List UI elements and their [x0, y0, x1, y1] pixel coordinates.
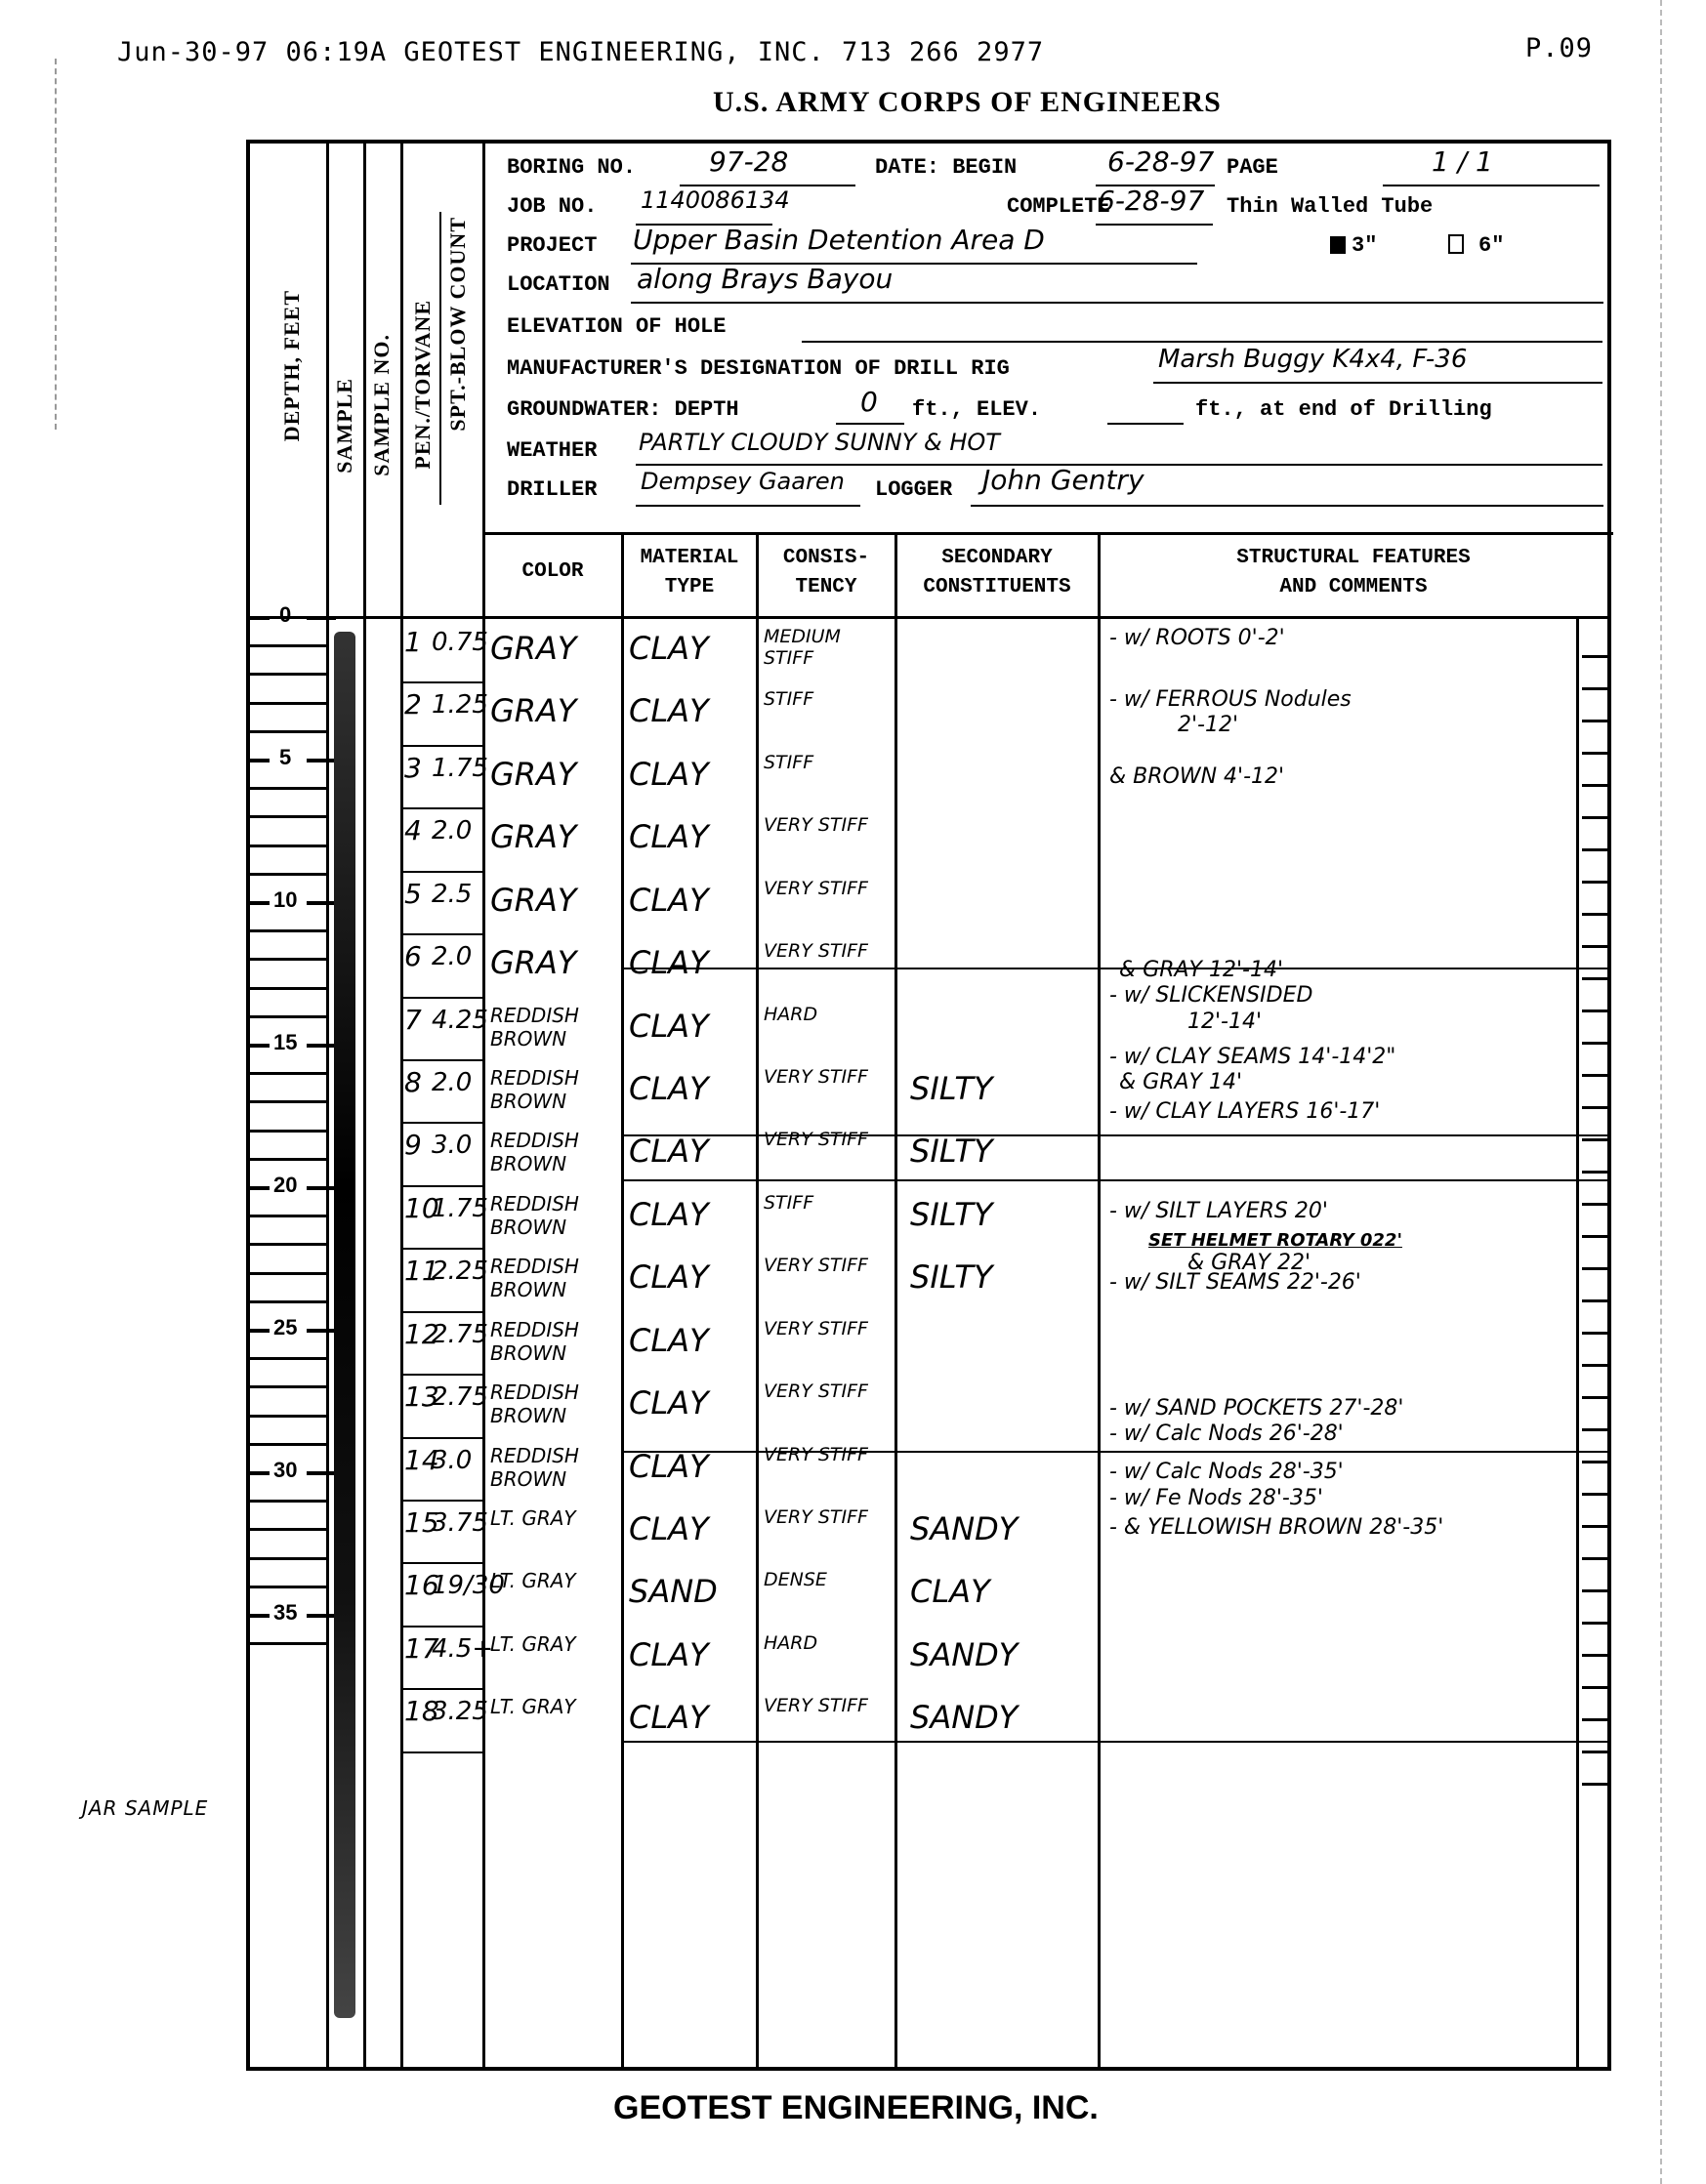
material-type-value: CLAY [629, 818, 709, 855]
sample-row: 21.25GRAYCLAYSTIFF [250, 682, 1607, 746]
color-value: GRAY [490, 944, 576, 981]
label-elevation: ELEVATION OF HOLE [507, 314, 726, 339]
consistency-value: STIFF [764, 1192, 881, 1214]
color-value: LT. GRAY [490, 1632, 607, 1656]
material-type-value: CLAY [629, 1448, 709, 1485]
structural-comment: - w/ Calc Nods 26'-28' [1109, 1422, 1344, 1447]
sample-number: 2 [404, 688, 422, 721]
value-driller[interactable]: Dempsey Gaaren [641, 468, 845, 495]
consistency-value: VERY STIFF [764, 878, 881, 899]
underline [1383, 185, 1600, 186]
label-date-begin: DATE: BEGIN [875, 155, 1017, 180]
material-type-value: CLAY [629, 630, 709, 667]
right-tick [1582, 752, 1607, 755]
right-tick [1582, 784, 1607, 787]
secondary-constituent-value: SILTY [910, 1196, 993, 1233]
right-tick [1582, 1235, 1607, 1238]
consistency-value: MEDIUM STIFF [764, 626, 881, 669]
pen-torvane-value: 3.25 [432, 1697, 488, 1726]
underline [971, 505, 1603, 507]
sample-number: 6 [404, 940, 422, 972]
column-header-divider [250, 616, 1611, 619]
fax-timestamp: Jun-30-97 06:19A [117, 37, 387, 67]
structural-comment: - w/ CLAY SEAMS 14'-14'2" [1109, 1045, 1395, 1070]
label-project: PROJECT [507, 233, 597, 258]
sample-row: 143.0REDDISH BROWNCLAYVERY STIFF [250, 1438, 1607, 1502]
secondary-constituent-value: CLAY [910, 1573, 990, 1610]
groundwater-elev-field[interactable] [1107, 423, 1184, 425]
structural-comment: - w/ ROOTS 0'-2' [1109, 626, 1285, 651]
value-complete[interactable]: 6-28-97 [1098, 185, 1204, 217]
right-tick [1582, 913, 1607, 916]
right-tick [1582, 1203, 1607, 1206]
sample-row: 93.0REDDISH BROWNCLAYVERY STIFFSILTY [250, 1123, 1607, 1186]
pen-torvane-value: 0.75 [432, 628, 488, 657]
pen-torvane-value: 1.75 [432, 1194, 488, 1223]
underline [631, 302, 1603, 304]
section-divider [621, 1134, 1607, 1136]
consistency-value: VERY STIFF [764, 1506, 881, 1528]
colhdr-secondary: SECONDARY CONSTITUENTS [896, 544, 1098, 602]
structural-comment: & BROWN 4'-12' [1109, 764, 1284, 790]
sample-row: 132.75REDDISH BROWNCLAYVERY STIFF [250, 1375, 1607, 1438]
label-job-no: JOB NO. [507, 194, 597, 219]
structural-comment: - w/ FERROUS Nodules [1109, 687, 1352, 713]
pen-torvane-value: 3.0 [432, 1131, 472, 1160]
fax-phone: 713 266 2977 [842, 37, 1044, 67]
colhdr-material: MATERIAL TYPE [623, 544, 756, 602]
consistency-value: VERY STIFF [764, 1380, 881, 1402]
color-value: REDDISH BROWN [490, 1380, 607, 1427]
sample-number: 8 [404, 1066, 422, 1098]
sample-number: 4 [404, 814, 422, 846]
right-tick [1582, 655, 1607, 658]
consistency-value: VERY STIFF [764, 1066, 881, 1088]
right-tick [1582, 1171, 1607, 1174]
value-logger[interactable]: John Gentry [982, 464, 1144, 496]
secondary-constituent-value: SILTY [910, 1258, 993, 1296]
label-boring-no: BORING NO. [507, 155, 636, 180]
label-groundwater-end: ft., at end of Drilling [1195, 397, 1492, 422]
material-type-value: CLAY [629, 1133, 709, 1170]
value-project[interactable]: Upper Basin Detention Area D [633, 224, 1045, 256]
consistency-value: DENSE [764, 1569, 881, 1590]
secondary-constituent-value: SILTY [910, 1070, 993, 1107]
right-tick [1582, 881, 1607, 884]
material-type-value: CLAY [629, 1636, 709, 1673]
material-type-value: CLAY [629, 1008, 709, 1045]
structural-comment: & GRAY 14' [1119, 1070, 1242, 1095]
value-job-no[interactable]: 1140086134 [641, 186, 790, 214]
structural-comment: 12'-14' [1187, 1010, 1262, 1035]
right-tick [1582, 1493, 1607, 1496]
value-date-begin[interactable]: 6-28-97 [1107, 145, 1214, 178]
value-location[interactable]: along Brays Bayou [637, 263, 893, 295]
consistency-value: VERY STIFF [764, 1695, 881, 1716]
colhdr-structural: STRUCTURAL FEATURES AND COMMENTS [1100, 544, 1607, 602]
colhdr-color: COLOR [484, 557, 621, 587]
value-groundwater-depth[interactable]: 0 [860, 386, 878, 418]
right-tick [1582, 977, 1607, 980]
header-divider [482, 532, 1613, 535]
sample-row: 122.75REDDISH BROWNCLAYVERY STIFF [250, 1312, 1607, 1376]
material-type-value: CLAY [629, 944, 709, 981]
sample-row: 31.75GRAYCLAYSTIFF [250, 746, 1607, 809]
consistency-value: STIFF [764, 688, 881, 710]
label-location: LOCATION [507, 272, 610, 297]
color-value: REDDISH BROWN [490, 1318, 607, 1365]
label-weather: WEATHER [507, 438, 597, 463]
right-tick [1582, 1396, 1607, 1399]
consistency-value: VERY STIFF [764, 1318, 881, 1339]
checkbox-6in[interactable] [1448, 234, 1464, 254]
structural-comment: - & YELLOWISH BROWN 28'-35' [1109, 1515, 1443, 1541]
color-value: LT. GRAY [490, 1569, 607, 1592]
structural-comment: - w/ CLAY LAYERS 16'-17' [1109, 1099, 1380, 1125]
value-boring-no[interactable]: 97-28 [709, 145, 788, 178]
agency-title: U.S. ARMY CORPS OF ENGINEERS [713, 86, 1222, 119]
color-value: REDDISH BROWN [490, 1129, 607, 1175]
footer-company: GEOTEST ENGINEERING, INC. [613, 2089, 1099, 2127]
secondary-constituent-value: SANDY [910, 1699, 1018, 1736]
right-tick [1582, 1138, 1607, 1141]
right-tick [1582, 1267, 1607, 1270]
right-tick [1582, 1525, 1607, 1528]
elevation-field[interactable] [802, 341, 1602, 343]
fax-sender: GEOTEST ENGINEERING, INC. [403, 37, 824, 67]
right-tick [1582, 1783, 1607, 1786]
pen-torvane-value: 4.5+ [432, 1634, 493, 1664]
header-depth-feet: DEPTH, FEET [279, 290, 305, 441]
secondary-constituent-value: SILTY [910, 1133, 993, 1170]
right-tick [1582, 1299, 1607, 1302]
material-type-value: CLAY [629, 1384, 709, 1422]
consistency-value: HARD [764, 1632, 881, 1654]
structural-comment: - w/ SILT LAYERS 20' [1109, 1199, 1328, 1224]
sample-row: 174.5+LT. GRAYCLAYHARDSANDY [250, 1627, 1607, 1690]
sample-row: 82.0REDDISH BROWNCLAYVERY STIFFSILTY [250, 1060, 1607, 1124]
label-logger: LOGGER [875, 477, 952, 502]
underline [1096, 224, 1213, 226]
pen-torvane-value: 2.0 [432, 942, 472, 971]
right-tick [1582, 1010, 1607, 1012]
right-tick [1582, 945, 1607, 948]
pen-torvane-value: 1.75 [432, 754, 488, 783]
sample-row: 52.5GRAYCLAYVERY STIFF [250, 872, 1607, 935]
pen-torvane-value: 3.0 [432, 1446, 472, 1475]
header-sample-no: SAMPLE NO. [369, 334, 395, 476]
color-value: REDDISH BROWN [490, 1066, 607, 1113]
label-groundwater: GROUNDWATER: DEPTH [507, 397, 739, 422]
header-pen-torvane: PEN./TORVANE [410, 300, 436, 470]
label-complete: COMPLETE [1007, 194, 1110, 219]
value-drill-rig[interactable]: Marsh Buggy K4x4, F-36 [1158, 345, 1467, 374]
colhdr-consistency: CONSIS- TENCY [758, 544, 895, 602]
section-divider [621, 1741, 1607, 1743]
scan-edge-left [55, 59, 59, 430]
right-tick [1582, 848, 1607, 851]
header-pen-divider [439, 212, 441, 505]
label-driller: DRILLER [507, 477, 597, 502]
label-groundwater-elev: ft., ELEV. [912, 397, 1041, 422]
underline [836, 423, 904, 425]
sample-row: 10.75GRAYCLAYMEDIUM STIFF [250, 620, 1607, 683]
pen-torvane-value: 2.75 [432, 1382, 488, 1412]
right-tick [1582, 1751, 1607, 1753]
consistency-value: VERY STIFF [764, 1255, 881, 1276]
section-divider [621, 968, 1607, 969]
pen-torvane-value: 4.25 [432, 1006, 488, 1035]
consistency-value: VERY STIFF [764, 1129, 881, 1150]
color-value: LT. GRAY [490, 1506, 607, 1530]
row-divider [400, 1751, 484, 1753]
boring-log-form: DEPTH, FEET SAMPLE SAMPLE NO. PEN./TORVA… [246, 140, 1611, 2071]
pen-torvane-value: 2.0 [432, 1068, 472, 1097]
color-value: LT. GRAY [490, 1695, 607, 1718]
section-divider [621, 1451, 1607, 1453]
pen-torvane-value: 1.25 [432, 690, 488, 720]
label-page: PAGE [1227, 155, 1278, 180]
right-tick [1582, 1428, 1607, 1431]
right-tick [1582, 720, 1607, 722]
pen-torvane-value: 2.25 [432, 1257, 488, 1286]
right-tick [1582, 1654, 1607, 1657]
structural-comment: - w/ SLICKENSIDED [1109, 983, 1312, 1009]
jar-sample-note: JAR SAMPLE [82, 1796, 208, 1820]
structural-comment: & GRAY 12'-14' [1119, 958, 1283, 983]
color-value: GRAY [490, 692, 576, 729]
consistency-value: HARD [764, 1004, 881, 1025]
label-6in: 6" [1478, 233, 1504, 258]
right-tick [1582, 1332, 1607, 1335]
material-type-value: CLAY [629, 1322, 709, 1359]
right-tick [1582, 1557, 1607, 1560]
pen-torvane-value: 2.5 [432, 880, 472, 909]
sample-row: 1619/30LT. GRAYSANDDENSECLAY [250, 1563, 1607, 1627]
sample-number: 7 [404, 1004, 422, 1036]
underline [636, 505, 860, 507]
material-type-value: CLAY [629, 882, 709, 919]
consistency-value: VERY STIFF [764, 814, 881, 836]
material-type-value: CLAY [629, 756, 709, 793]
sample-row: 42.0GRAYCLAYVERY STIFF [250, 808, 1607, 872]
structural-comment: - w/ SAND POCKETS 27'-28' [1109, 1396, 1403, 1422]
fax-page-number: P.09 [1525, 33, 1593, 63]
consistency-value: VERY STIFF [764, 1444, 881, 1465]
material-type-value: CLAY [629, 1196, 709, 1233]
color-value: GRAY [490, 756, 576, 793]
structural-comment: - w/ SILT SEAMS 22'-26' [1109, 1270, 1361, 1296]
color-value: GRAY [490, 818, 576, 855]
label-drill-rig: MANUFACTURER'S DESIGNATION OF DRILL RIG [507, 356, 1010, 381]
sample-row: 101.75REDDISH BROWNCLAYSTIFFSILTY [250, 1186, 1607, 1250]
material-type-value: CLAY [629, 1510, 709, 1547]
consistency-value: STIFF [764, 752, 881, 773]
pen-torvane-value: 2.75 [432, 1320, 488, 1349]
right-tick [1582, 1622, 1607, 1625]
right-tick [1582, 1106, 1607, 1109]
structural-comment: SET HELMET ROTARY 022' [1148, 1228, 1402, 1254]
color-value: REDDISH BROWN [490, 1004, 607, 1051]
sample-row: 112.25REDDISH BROWNCLAYVERY STIFFSILTY [250, 1249, 1607, 1312]
fax-header: Jun-30-97 06:19A GEOTEST ENGINEERING, IN… [117, 37, 1044, 67]
color-value: GRAY [490, 630, 576, 667]
scan-edge-right [1660, 0, 1664, 2184]
section-divider [621, 1179, 1607, 1181]
pen-torvane-value: 2.0 [432, 816, 472, 845]
right-tick [1582, 1461, 1607, 1463]
right-tick [1582, 1364, 1607, 1367]
consistency-value: VERY STIFF [764, 940, 881, 962]
sample-row: 74.25REDDISH BROWNCLAYHARD [250, 998, 1607, 1061]
checkbox-3in[interactable] [1330, 236, 1346, 254]
secondary-constituent-value: SANDY [910, 1510, 1018, 1547]
material-type-value: CLAY [629, 1258, 709, 1296]
structural-comment: - w/ Calc Nods 28'-35' [1109, 1460, 1344, 1485]
right-tick [1582, 1042, 1607, 1045]
right-tick [1582, 1589, 1607, 1592]
material-type-value: CLAY [629, 1699, 709, 1736]
material-type-value: CLAY [629, 692, 709, 729]
sample-number: 3 [404, 752, 422, 784]
label-3in: 3" [1352, 233, 1377, 258]
value-page[interactable]: 1 / 1 [1432, 145, 1493, 178]
sample-row: 183.25LT. GRAYCLAYVERY STIFFSANDY [250, 1689, 1607, 1752]
color-value: GRAY [490, 882, 576, 919]
structural-comment: - w/ Fe Nods 28'-35' [1109, 1486, 1323, 1511]
right-tick [1582, 816, 1607, 819]
sample-number: 5 [404, 878, 422, 910]
sample-number: 1 [404, 626, 422, 658]
label-thin-walled-tube: Thin Walled Tube [1227, 194, 1433, 219]
secondary-constituent-value: SANDY [910, 1636, 1018, 1673]
color-value: REDDISH BROWN [490, 1192, 607, 1239]
underline [1153, 382, 1602, 384]
material-type-value: CLAY [629, 1070, 709, 1107]
header-spt-blow-count: SPT.-BLOW COUNT [445, 217, 471, 432]
right-tick [1582, 687, 1607, 690]
color-value: REDDISH BROWN [490, 1255, 607, 1301]
header-sample: SAMPLE [332, 378, 357, 474]
right-tick [1582, 1686, 1607, 1689]
color-value: REDDISH BROWN [490, 1444, 607, 1491]
right-tick [1582, 1074, 1607, 1077]
material-type-value: SAND [629, 1573, 718, 1610]
right-tick [1582, 1718, 1607, 1721]
sample-number: 9 [404, 1129, 422, 1161]
structural-comment: 2'-12' [1178, 713, 1238, 738]
pen-torvane-value: 3.75 [432, 1508, 488, 1538]
value-weather[interactable]: PARTLY CLOUDY SUNNY & HOT [639, 429, 1000, 456]
